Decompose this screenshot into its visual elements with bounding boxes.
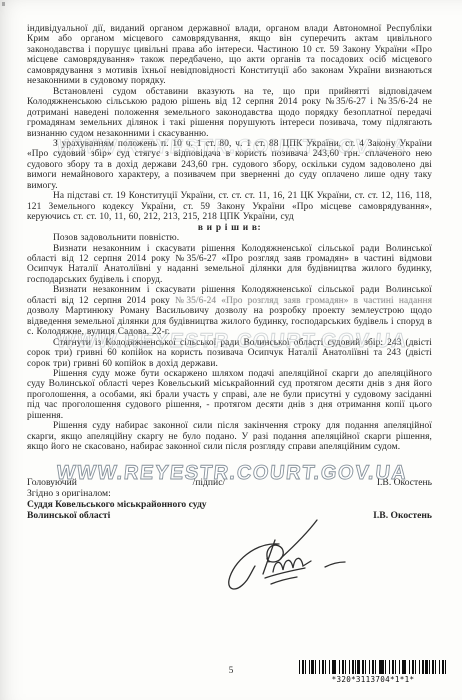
certified-judge-name: І.В. Окостень [373, 510, 432, 521]
ruling-heading: в и р і ш и в: [27, 223, 432, 233]
body-paragraph-9: Рішення суду може бути оскаржено шляхом … [27, 369, 432, 421]
document-body: індивідуальної дії, виданий органом держ… [27, 24, 432, 521]
barcode-text: *320*3113704*1*1* [298, 675, 448, 684]
scanned-court-document-page: індивідуальної дії, виданий органом держ… [0, 0, 462, 700]
judge-title: Суддя Ковельського міськрайонного суду [27, 499, 432, 510]
paragraph-7-faded-segment: №35/6-24 «Про розгляд заяв громадян» в ч… [175, 296, 432, 306]
paragraph-7-segment: дозволу Мартинюку Роману Васильовичу доз… [27, 306, 432, 337]
certified-copy-label: Згідно з оригіналом: [27, 488, 432, 499]
body-paragraph-10: Рішення суду набирає законної сили після… [27, 421, 432, 452]
body-paragraph-7: Визнати незаконним і скасувати рішення К… [27, 285, 432, 337]
judge-region: Волинської області [27, 510, 110, 521]
presiding-row: Головуючий /підпис/ І.В. Окостень [27, 477, 432, 488]
scan-artifact [2, 2, 5, 6]
body-paragraph-6: Визнати незаконним і скасувати рішення К… [27, 244, 432, 286]
body-paragraph-3: З урахуванням положень п. 10 ч. 1 ст. 80… [27, 139, 432, 191]
body-paragraph-5: Позов задовольнити повністю. [27, 233, 432, 243]
body-paragraph-2: Встановлені судом обставини вказують на … [27, 87, 432, 139]
body-paragraph-8: Стягнути із Колодяжненської сільської ра… [27, 338, 432, 369]
body-paragraph-4: На підставі ст. 19 Конституції України, … [27, 191, 432, 222]
barcode: *320*3113704*1*1* [298, 660, 448, 684]
signature-placeholder-label: /підпис/ [193, 477, 226, 488]
body-paragraph-1: індивідуальної дії, виданий органом держ… [27, 24, 432, 87]
barcode-bars [299, 660, 447, 674]
judge-signature [213, 514, 363, 609]
presiding-judge-name: І.В. Окостень [377, 477, 432, 488]
presiding-label: Головуючий [27, 477, 77, 488]
